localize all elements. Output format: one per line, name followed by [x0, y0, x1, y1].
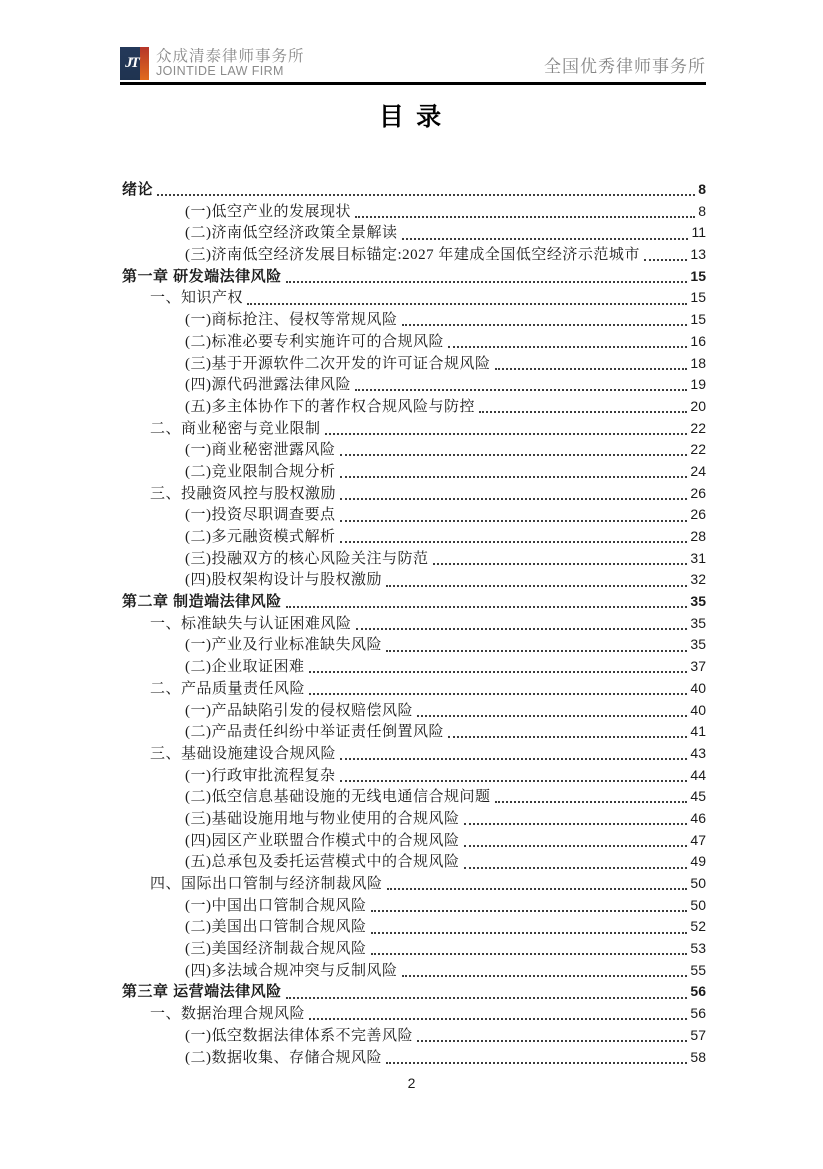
- toc-entry-label: (五)多主体协作下的著作权合规风险与防控: [185, 397, 475, 419]
- toc-entry[interactable]: (二)济南低空经济政策全景解读11: [122, 222, 706, 244]
- toc-entry-page: 24: [690, 461, 706, 483]
- toc-entry[interactable]: (四)源代码泄露法律风险19: [122, 374, 706, 396]
- toc-entry[interactable]: (四)多法域合规冲突与反制风险55: [122, 960, 706, 982]
- toc-entry-page: 15: [690, 266, 706, 288]
- dot-leader: [479, 411, 687, 413]
- toc-entry-page: 35: [690, 634, 706, 656]
- firm-logo-icon: JT: [120, 47, 149, 80]
- toc-entry-page: 57: [690, 1025, 706, 1047]
- toc-entry[interactable]: (一)中国出口管制合规风险50: [122, 895, 706, 917]
- dot-leader: [340, 454, 688, 456]
- toc-entry[interactable]: 绪论8: [122, 179, 706, 201]
- toc-entry-label: (一)商业秘密泄露风险: [185, 440, 336, 462]
- toc-list: 绪论8(一)低空产业的发展现状8(二)济南低空经济政策全景解读11(三)济南低空…: [122, 179, 706, 1068]
- toc-entry-page: 19: [690, 374, 706, 396]
- toc-entry-page: 31: [690, 548, 706, 570]
- toc-entry[interactable]: (二)美国出口管制合规风险52: [122, 916, 706, 938]
- toc-entry-page: 15: [690, 309, 706, 331]
- dot-leader: [371, 932, 688, 934]
- firm-name-en: JOINTIDE LAW FIRM: [156, 65, 305, 78]
- dot-leader: [495, 801, 688, 803]
- toc-entry-label: 第二章 制造端法律风险: [122, 591, 282, 613]
- toc-entry-page: 50: [690, 895, 706, 917]
- dot-leader: [386, 650, 687, 652]
- dot-leader: [355, 216, 695, 218]
- toc-entry[interactable]: (三)基于开源软件二次开发的许可证合规风险18: [122, 353, 706, 375]
- toc-entry-page: 55: [690, 960, 706, 982]
- toc-entry[interactable]: (一)投资尽职调查要点26: [122, 504, 706, 526]
- dot-leader: [340, 476, 688, 478]
- toc-entry-page: 28: [690, 526, 706, 548]
- toc-entry[interactable]: 四、国际出口管制与经济制裁风险50: [122, 873, 706, 895]
- toc-entry-label: (三)基于开源软件二次开发的许可证合规风险: [185, 354, 491, 376]
- dot-leader: [464, 823, 688, 825]
- dot-leader: [325, 433, 688, 435]
- dot-leader: [417, 1040, 687, 1042]
- toc-entry[interactable]: (二)标准必要专利实施许可的合规风险16: [122, 331, 706, 353]
- toc-entry-label: (四)股权架构设计与股权激励: [185, 570, 382, 592]
- toc-entry[interactable]: (一)产品缺陷引发的侵权赔偿风险40: [122, 700, 706, 722]
- toc-entry[interactable]: (三)投融双方的核心风险关注与防范31: [122, 548, 706, 570]
- dot-leader: [464, 867, 688, 869]
- toc-entry[interactable]: (一)行政审批流程复杂44: [122, 765, 706, 787]
- toc-entry[interactable]: 一、标准缺失与认证困难风险35: [122, 613, 706, 635]
- toc-entry-label: (三)美国经济制裁合规风险: [185, 939, 367, 961]
- toc-entry-label: (四)多法域合规冲突与反制风险: [185, 961, 398, 983]
- toc-entry[interactable]: (二)产品责任纠纷中举证责任倒置风险41: [122, 721, 706, 743]
- toc-entry-page: 46: [690, 808, 706, 830]
- toc-entry[interactable]: 第一章 研发端法律风险15: [122, 266, 706, 288]
- toc-entry-page: 40: [690, 678, 706, 700]
- toc-entry[interactable]: 一、数据治理合规风险56: [122, 1003, 706, 1025]
- header-divider: [120, 82, 706, 85]
- toc-entry-page: 8: [698, 201, 706, 223]
- toc-entry-page: 53: [690, 938, 706, 960]
- footer-page-number: 2: [0, 1075, 823, 1091]
- toc-entry-label: 绪论: [122, 179, 153, 201]
- toc-entry-label: (二)美国出口管制合规风险: [185, 917, 367, 939]
- dot-leader: [286, 281, 688, 283]
- toc-entry-page: 50: [690, 873, 706, 895]
- dot-leader: [386, 1062, 687, 1064]
- toc-entry[interactable]: (四)园区产业联盟合作模式中的合规风险47: [122, 830, 706, 852]
- toc-entry-label: (四)园区产业联盟合作模式中的合规风险: [185, 831, 460, 853]
- toc-entry-label: (一)中国出口管制合规风险: [185, 896, 367, 918]
- toc-entry-page: 22: [690, 418, 706, 440]
- toc-entry-label: (二)济南低空经济政策全景解读: [185, 223, 398, 245]
- firm-name-cn: 众成清泰律师事务所: [156, 49, 305, 65]
- toc-entry-label: (一)低空产业的发展现状: [185, 202, 351, 224]
- toc-entry-label: 三、投融资风控与股权激励: [150, 484, 336, 506]
- dot-leader: [464, 845, 688, 847]
- toc-entry-label: 一、知识产权: [150, 288, 243, 310]
- toc-entry-label: (三)基础设施用地与物业使用的合规风险: [185, 809, 460, 831]
- toc-entry-label: (三)济南低空经济发展目标锚定:2027 年建成全国低空经济示范城市: [185, 245, 640, 267]
- toc-entry-label: 四、国际出口管制与经济制裁风险: [150, 874, 383, 896]
- firm-names: 众成清泰律师事务所 JOINTIDE LAW FIRM: [156, 49, 305, 78]
- dot-leader: [644, 259, 688, 261]
- toc-entry-page: 43: [690, 743, 706, 765]
- toc-entry[interactable]: (一)商标抢注、侵权等常规风险15: [122, 309, 706, 331]
- dot-leader: [157, 194, 695, 196]
- dot-leader: [356, 628, 688, 630]
- toc-entry-label: (一)低空数据法律体系不完善风险: [185, 1026, 413, 1048]
- dot-leader: [371, 910, 688, 912]
- dot-leader: [309, 1018, 687, 1020]
- toc-entry-page: 35: [690, 591, 706, 613]
- dot-leader: [309, 671, 688, 673]
- toc-entry-label: 三、基础设施建设合规风险: [150, 744, 336, 766]
- toc-entry-page: 26: [690, 483, 706, 505]
- dot-leader: [309, 693, 687, 695]
- dot-leader: [340, 498, 687, 500]
- toc-entry[interactable]: 二、商业秘密与竞业限制22: [122, 418, 706, 440]
- toc-entry-page: 15: [690, 287, 706, 309]
- page-title: 目 录: [0, 97, 823, 133]
- toc-entry[interactable]: (三)济南低空经济发展目标锚定:2027 年建成全国低空经济示范城市13: [122, 244, 706, 266]
- toc-entry-label: (五)总承包及委托运营模式中的合规风险: [185, 852, 460, 874]
- toc-entry[interactable]: (五)多主体协作下的著作权合规风险与防控20: [122, 396, 706, 418]
- toc-entry-page: 13: [690, 244, 706, 266]
- toc-entry-label: (一)产业及行业标准缺失风险: [185, 635, 382, 657]
- toc-entry-label: (二)产品责任纠纷中举证责任倒置风险: [185, 722, 444, 744]
- toc-entry[interactable]: 一、知识产权15: [122, 287, 706, 309]
- toc-entry[interactable]: (三)基础设施用地与物业使用的合规风险46: [122, 808, 706, 830]
- dot-leader: [247, 303, 687, 305]
- toc-entry[interactable]: (一)商业秘密泄露风险22: [122, 439, 706, 461]
- dot-leader: [286, 997, 688, 999]
- toc-entry-label: (一)商标抢注、侵权等常规风险: [185, 310, 398, 332]
- firm-brand: JT 众成清泰律师事务所 JOINTIDE LAW FIRM: [120, 47, 305, 80]
- toc-entry[interactable]: (一)产业及行业标准缺失风险35: [122, 634, 706, 656]
- toc-entry[interactable]: 第二章 制造端法律风险35: [122, 591, 706, 613]
- toc-entry-page: 40: [690, 700, 706, 722]
- toc-entry[interactable]: 二、产品质量责任风险40: [122, 678, 706, 700]
- toc-entry-label: (二)竞业限制合规分析: [185, 462, 336, 484]
- toc-entry-page: 18: [690, 353, 706, 375]
- toc-entry-page: 44: [690, 765, 706, 787]
- toc-entry-page: 35: [690, 613, 706, 635]
- dot-leader: [340, 758, 687, 760]
- toc-entry-page: 47: [690, 830, 706, 852]
- dot-leader: [448, 736, 687, 738]
- dot-leader: [340, 520, 688, 522]
- toc-entry-page: 41: [690, 721, 706, 743]
- toc-entry-label: 二、商业秘密与竞业限制: [150, 419, 321, 441]
- dot-leader: [386, 585, 687, 587]
- header-honor-text: 全国优秀律师事务所: [544, 52, 706, 80]
- dot-leader: [433, 563, 688, 565]
- toc-entry[interactable]: (二)低空信息基础设施的无线电通信合规问题45: [122, 786, 706, 808]
- dot-leader: [340, 780, 688, 782]
- toc-entry[interactable]: (五)总承包及委托运营模式中的合规风险49: [122, 851, 706, 873]
- toc-entry-page: 37: [690, 656, 706, 678]
- toc-entry-page: 56: [690, 1003, 706, 1025]
- toc-entry[interactable]: (四)股权架构设计与股权激励32: [122, 569, 706, 591]
- toc-entry-page: 45: [690, 786, 706, 808]
- toc-entry-label: (二)企业取证困难: [185, 657, 305, 679]
- toc-entry[interactable]: (二)多元融资模式解析28: [122, 526, 706, 548]
- dot-leader: [402, 238, 689, 240]
- toc-entry-label: (三)投融双方的核心风险关注与防范: [185, 549, 429, 571]
- dot-leader: [371, 953, 688, 955]
- toc-entry[interactable]: (二)数据收集、存储合规风险58: [122, 1047, 706, 1069]
- toc-entry-label: (一)行政审批流程复杂: [185, 766, 336, 788]
- dot-leader: [387, 888, 688, 890]
- toc-entry-label: (四)源代码泄露法律风险: [185, 375, 351, 397]
- toc-entry-page: 8: [698, 179, 706, 201]
- toc-entry[interactable]: (三)美国经济制裁合规风险53: [122, 938, 706, 960]
- toc-entry[interactable]: 三、基础设施建设合规风险43: [122, 743, 706, 765]
- toc-entry-page: 52: [690, 916, 706, 938]
- toc-entry-label: (一)产品缺陷引发的侵权赔偿风险: [185, 701, 413, 723]
- dot-leader: [402, 975, 688, 977]
- toc-entry-label: (二)标准必要专利实施许可的合规风险: [185, 332, 444, 354]
- dot-leader: [355, 389, 687, 391]
- dot-leader: [417, 715, 687, 717]
- toc-entry[interactable]: 三、投融资风控与股权激励26: [122, 483, 706, 505]
- toc-entry[interactable]: (一)低空数据法律体系不完善风险57: [122, 1025, 706, 1047]
- toc-entry-label: (二)数据收集、存储合规风险: [185, 1048, 382, 1070]
- toc-entry-label: (一)投资尽职调查要点: [185, 505, 336, 527]
- toc-entry-page: 32: [690, 569, 706, 591]
- dot-leader: [402, 324, 688, 326]
- dot-leader: [448, 346, 687, 348]
- toc-entry-page: 56: [690, 981, 706, 1003]
- toc-entry-page: 49: [690, 851, 706, 873]
- toc-entry-page: 58: [690, 1047, 706, 1069]
- dot-leader: [495, 368, 688, 370]
- toc-entry-label: 一、标准缺失与认证困难风险: [150, 614, 352, 636]
- toc-entry-label: 第一章 研发端法律风险: [122, 266, 282, 288]
- toc-entry-page: 11: [691, 222, 706, 244]
- toc-entry-page: 22: [690, 439, 706, 461]
- toc-entry[interactable]: (二)竞业限制合规分析24: [122, 461, 706, 483]
- toc-entry[interactable]: (一)低空产业的发展现状8: [122, 201, 706, 223]
- toc-entry-label: 一、数据治理合规风险: [150, 1004, 305, 1026]
- toc-entry[interactable]: (二)企业取证困难37: [122, 656, 706, 678]
- toc-entry-page: 16: [690, 331, 706, 353]
- toc-entry-page: 26: [690, 504, 706, 526]
- toc-entry-label: (二)低空信息基础设施的无线电通信合规问题: [185, 787, 491, 809]
- document-page: JT 众成清泰律师事务所 JOINTIDE LAW FIRM 全国优秀律师事务所…: [0, 0, 823, 1169]
- dot-leader: [286, 606, 688, 608]
- dot-leader: [340, 541, 688, 543]
- toc-entry-label: 第三章 运营端法律风险: [122, 981, 282, 1003]
- logo-monogram: JT: [125, 55, 138, 72]
- toc-entry-label: (二)多元融资模式解析: [185, 527, 336, 549]
- page-header: JT 众成清泰律师事务所 JOINTIDE LAW FIRM 全国优秀律师事务所: [120, 44, 706, 80]
- toc-entry-page: 20: [690, 396, 706, 418]
- toc-entry[interactable]: 第三章 运营端法律风险56: [122, 981, 706, 1003]
- toc-entry-label: 二、产品质量责任风险: [150, 679, 305, 701]
